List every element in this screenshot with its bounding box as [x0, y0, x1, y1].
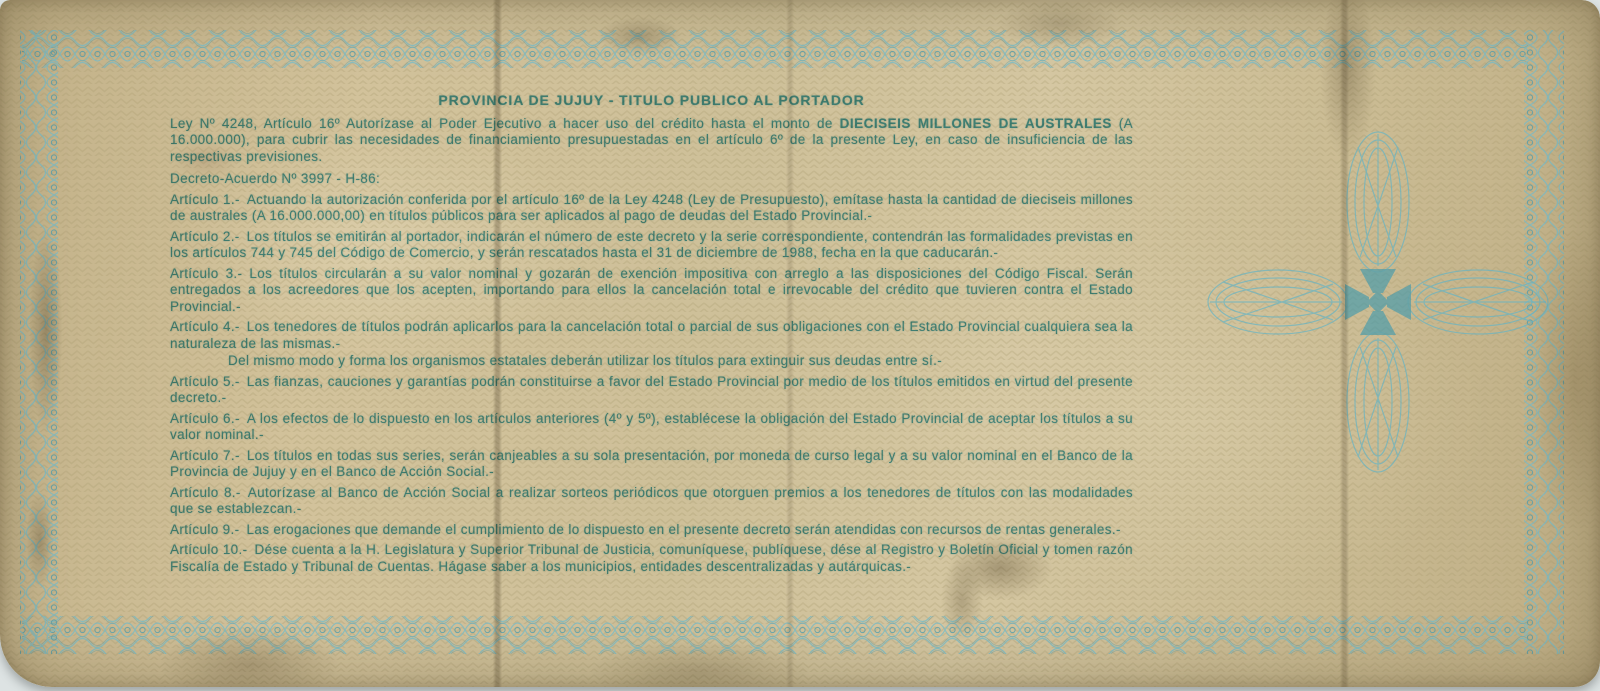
article-5-text: Las fianzas, cauciones y garantías podrá…	[170, 374, 1133, 406]
article-2-text: Los títulos se emitirán al portador, ind…	[170, 229, 1133, 261]
article-2-label: Artículo 2.-	[170, 229, 240, 244]
article-7-label: Artículo 7.-	[170, 448, 240, 463]
article-10-paragraph: Artículo 10.-Dése cuenta a la H. Legisla…	[170, 542, 1133, 575]
article-10-text: Dése cuenta a la H. Legislatura y Superi…	[170, 542, 1133, 574]
article-3-label: Artículo 3.-	[170, 266, 242, 281]
article-3-paragraph: Artículo 3.-Los títulos circularán a su …	[170, 266, 1133, 316]
article-3-text: Los títulos circularán a su valor nomina…	[170, 266, 1133, 314]
article-1-paragraph: Artículo 1.-Actuando la autorización con…	[170, 192, 1133, 225]
article-4-paragraph: Artículo 4.-Los tenedores de títulos pod…	[170, 319, 1133, 352]
document-text: PROVINCIA DE JUJUY - TITULO PUBLICO AL P…	[170, 92, 1133, 575]
article-8-text: Autorízase al Banco de Acción Social a r…	[170, 485, 1133, 517]
article-8-paragraph: Artículo 8.-Autorízase al Banco de Acció…	[170, 485, 1133, 518]
article-7-text: Los títulos en todas sus series, serán c…	[170, 448, 1133, 480]
scanner-background: PROVINCIA DE JUJUY - TITULO PUBLICO AL P…	[0, 0, 1600, 691]
article-6-label: Artículo 6.-	[170, 411, 240, 426]
article-8-label: Artículo 8.-	[170, 485, 241, 500]
intro-emphasis: DIECISEIS MILLONES DE AUSTRALES	[840, 116, 1112, 131]
article-1-label: Artículo 1.-	[170, 192, 240, 207]
article-7-paragraph: Artículo 7.-Los títulos en todas sus ser…	[170, 448, 1133, 481]
article-9-paragraph: Artículo 9.-Las erogaciones que demande …	[170, 522, 1133, 539]
article-9-label: Artículo 9.-	[170, 522, 239, 537]
article-4-label: Artículo 4.-	[170, 319, 240, 334]
article-2-paragraph: Artículo 2.-Los títulos se emitirán al p…	[170, 229, 1133, 262]
article-6-text: A los efectos de lo dispuesto en los art…	[170, 411, 1133, 443]
article-10-label: Artículo 10.-	[170, 542, 248, 557]
intro-paragraph: Ley Nº 4248, Artículo 16º Autorízase al …	[170, 116, 1133, 166]
article-9-text: Las erogaciones que demande el cumplimie…	[246, 522, 1120, 537]
article-4-addendum: Del mismo modo y forma los organismos es…	[170, 353, 1133, 370]
decree-heading: Decreto-Acuerdo Nº 3997 - H-86:	[170, 171, 1133, 188]
article-5-paragraph: Artículo 5.-Las fianzas, cauciones y gar…	[170, 374, 1133, 407]
article-6-paragraph: Artículo 6.-A los efectos de lo dispuest…	[170, 411, 1133, 444]
bond-paper: PROVINCIA DE JUJUY - TITULO PUBLICO AL P…	[0, 0, 1600, 687]
article-1-text: Actuando la autorización conferida por e…	[170, 192, 1133, 224]
article-4-text: Los tenedores de títulos podrán aplicarl…	[170, 319, 1133, 351]
intro-pre: Ley Nº 4248, Artículo 16º Autorízase al …	[170, 116, 840, 131]
article-5-label: Artículo 5.-	[170, 374, 240, 389]
document-title: PROVINCIA DE JUJUY - TITULO PUBLICO AL P…	[170, 92, 1133, 109]
